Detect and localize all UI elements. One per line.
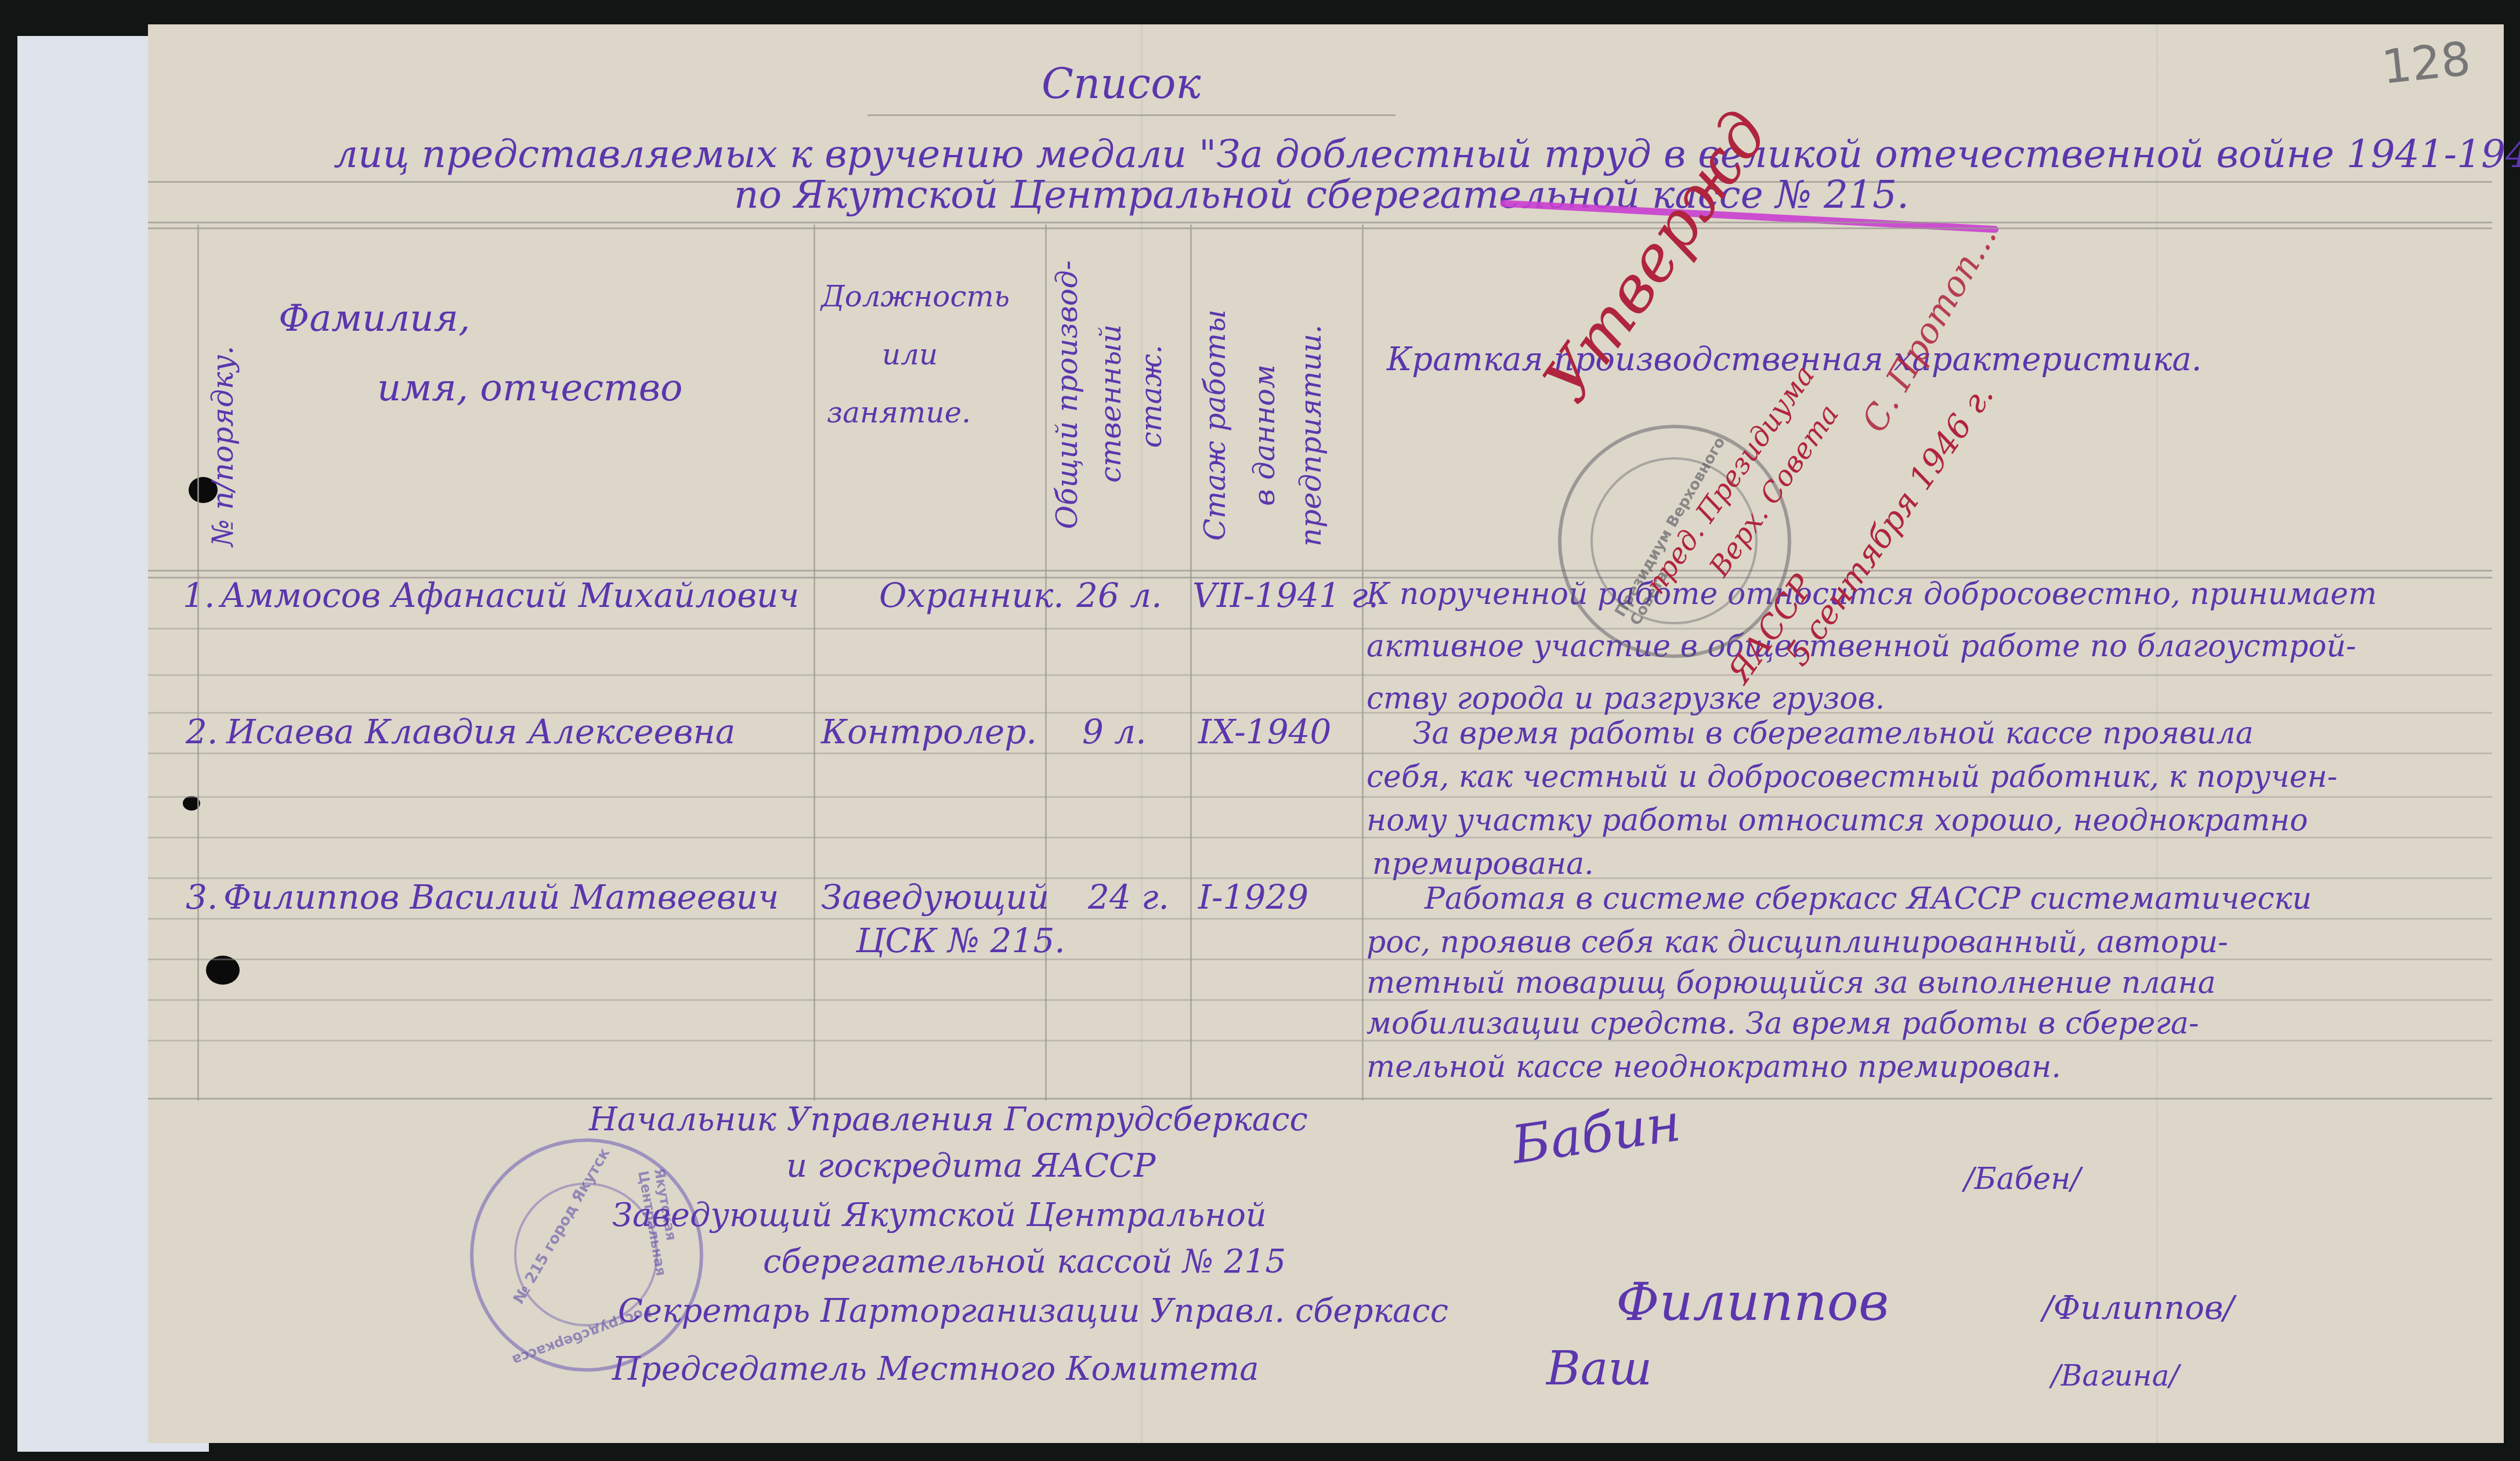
signatory-role: Начальник Управления Гострудсберкасс [589, 1101, 1308, 1138]
column-header-name-line1: Фамилия, [279, 297, 470, 340]
signature: Ваш [1546, 1341, 1652, 1395]
column-divider [1190, 225, 1192, 1101]
row-total-experience: 9 л. [1082, 712, 1147, 751]
row-characteristic-line: активное участие в общественной работе п… [1366, 616, 2356, 677]
row-number: 1. [183, 576, 215, 615]
row-experience-here: IX-1940 [1198, 712, 1331, 751]
signature: Бабин [1508, 1092, 1684, 1176]
row-position: Контролер. [821, 712, 1037, 751]
row-experience-here: VII-1941 г. [1192, 576, 1379, 615]
document-subtitle-line1: лиц представляемых к вручению медали "За… [334, 132, 2520, 176]
signatory-role: Председатель Местного Комитета [612, 1350, 1259, 1388]
rule [148, 222, 2492, 223]
column-header-total-experience-line1: Общий производ- [1050, 261, 1084, 529]
column-divider [1362, 225, 1364, 1101]
title-underline [867, 114, 1395, 116]
row-number: 3. [186, 877, 218, 917]
row-name: Филиппов Василий Матвеевич [223, 877, 779, 917]
column-header-position-line1: Должность [821, 280, 1010, 313]
row-number: 2. [186, 712, 218, 751]
column-divider [1045, 225, 1047, 1101]
column-header-position-line3: занятие. [827, 396, 971, 429]
printed-name: /Бабен/ [1964, 1162, 2081, 1196]
printed-name: /Филиппов/ [2042, 1289, 2234, 1327]
column-header-total-experience-line2: ственный [1094, 324, 1127, 483]
signatory-role: и госкредита ЯАССР [786, 1147, 1156, 1185]
row-total-experience: 24 г. [1088, 877, 1169, 917]
column-header-experience-here-line2: в данном [1248, 364, 1281, 506]
rule [148, 1098, 2492, 1100]
signatory-role: Заведующий Якутской Центральной [612, 1196, 1267, 1234]
row-experience-here: I-1929 [1198, 877, 1308, 917]
column-header-experience-here-line1: Стаж работы [1198, 309, 1232, 541]
printed-name: /Вагина/ [2051, 1359, 2179, 1393]
document-title: Список [1042, 59, 1201, 108]
row-total-experience: 26 л. [1076, 576, 1162, 615]
page-number: 128 [2380, 31, 2474, 94]
row-characteristic-line: тельной кассе неоднократно премирован. [1366, 1037, 2061, 1097]
row-name: Исаева Клавдия Алексеевна [226, 712, 735, 751]
column-header-number: № п/порядку. [206, 346, 240, 547]
signatory-role: Секретарь Парторганизации Управл. сберка… [618, 1292, 1448, 1330]
row-name: Аммосов Афанасий Михайлович [220, 576, 799, 615]
column-header-position-line2: или [882, 338, 938, 371]
savings-bank-stamp: № 215 город Якутск Якутская Центральная … [470, 1138, 703, 1372]
signature: Филиппов [1616, 1272, 1889, 1333]
column-header-name-line2: имя, отчество [377, 367, 683, 410]
column-header-experience-here-line3: предприятии. [1294, 324, 1328, 547]
signatory-role: сберегательной кассой № 215 [763, 1243, 1286, 1281]
row-position-line1: Заведующий [821, 877, 1049, 917]
row-position: Охранник. [879, 576, 1064, 615]
column-divider [197, 225, 199, 1101]
rule [148, 227, 2492, 229]
column-divider [814, 225, 815, 1101]
column-header-total-experience-line3: стаж. [1134, 345, 1168, 448]
row-position-line2: ЦСК № 215. [856, 921, 1065, 960]
document-page: 128 Список лиц представляемых к вручению… [148, 24, 2504, 1443]
